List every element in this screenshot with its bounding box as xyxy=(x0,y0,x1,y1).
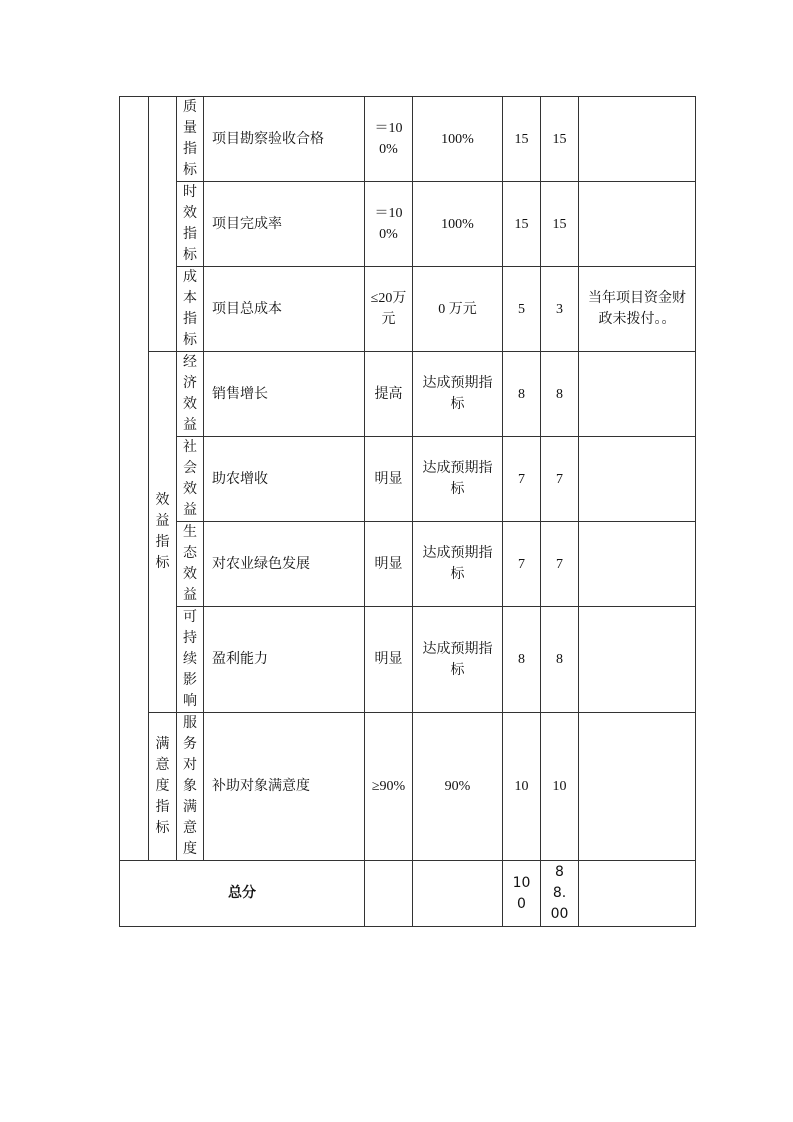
target-cell: 明显 xyxy=(365,607,413,713)
actual-cell: 100% xyxy=(413,97,503,182)
level3-cell: 服务对象满意度 xyxy=(177,713,204,861)
level3-cell: 质量指标 xyxy=(177,97,204,182)
actual-cell: 达成预期指标 xyxy=(413,352,503,437)
total-target-cell xyxy=(365,861,413,927)
table-row: 可持续影响 盈利能力 明显 达成预期指标 8 8 xyxy=(120,607,696,713)
weight-cell: 10 xyxy=(503,713,541,861)
score-cell: 8 xyxy=(541,607,579,713)
table-row: 时效指标 项目完成率 ＝100% 100% 15 15 xyxy=(120,182,696,267)
total-actual-cell xyxy=(413,861,503,927)
weight-cell: 7 xyxy=(503,437,541,522)
note-cell xyxy=(579,607,696,713)
note-cell xyxy=(579,182,696,267)
indicator-cell: 补助对象满意度 xyxy=(204,713,365,861)
score-cell: 7 xyxy=(541,522,579,607)
note-cell: 当年项目资金财政未拨付。。 xyxy=(579,267,696,352)
note-cell xyxy=(579,97,696,182)
target-cell: ＝100% xyxy=(365,97,413,182)
note-cell xyxy=(579,352,696,437)
weight-cell: 7 xyxy=(503,522,541,607)
level1-cell xyxy=(120,97,149,861)
target-cell: ≤20万元 xyxy=(365,267,413,352)
actual-cell: 90% xyxy=(413,713,503,861)
level2-cell: 满意度指标 xyxy=(149,713,177,861)
weight-cell: 8 xyxy=(503,607,541,713)
actual-cell: 达成预期指标 xyxy=(413,607,503,713)
indicator-cell: 项目完成率 xyxy=(204,182,365,267)
target-cell: ＝100% xyxy=(365,182,413,267)
score-cell: 3 xyxy=(541,267,579,352)
indicator-cell: 项目总成本 xyxy=(204,267,365,352)
level3-cell: 社会效益 xyxy=(177,437,204,522)
table-row: 成本指标 项目总成本 ≤20万元 0 万元 5 3 当年项目资金财政未拨付。。 xyxy=(120,267,696,352)
level3-cell: 成本指标 xyxy=(177,267,204,352)
table-row: 效益指标 经济效益 销售增长 提高 达成预期指标 8 8 xyxy=(120,352,696,437)
weight-cell: 15 xyxy=(503,182,541,267)
total-note-cell xyxy=(579,861,696,927)
indicator-cell: 项目勘察验收合格 xyxy=(204,97,365,182)
actual-cell: 100% xyxy=(413,182,503,267)
target-cell: 明显 xyxy=(365,522,413,607)
table-row: 生态效益 对农业绿色发展 明显 达成预期指标 7 7 xyxy=(120,522,696,607)
score-cell: 10 xyxy=(541,713,579,861)
note-cell xyxy=(579,522,696,607)
level3-cell: 经济效益 xyxy=(177,352,204,437)
table-row: 社会效益 助农增收 明显 达成预期指标 7 7 xyxy=(120,437,696,522)
note-cell xyxy=(579,437,696,522)
table-row: 满意度指标 服务对象满意度 补助对象满意度 ≥90% 90% 10 10 xyxy=(120,713,696,861)
total-row: 总分 100 88.00 xyxy=(120,861,696,927)
score-cell: 15 xyxy=(541,182,579,267)
level2-cell xyxy=(149,97,177,352)
actual-cell: 0 万元 xyxy=(413,267,503,352)
total-label: 总分 xyxy=(120,861,365,927)
target-cell: 提高 xyxy=(365,352,413,437)
indicator-cell: 盈利能力 xyxy=(204,607,365,713)
actual-cell: 达成预期指标 xyxy=(413,437,503,522)
performance-evaluation-table: 质量指标 项目勘察验收合格 ＝100% 100% 15 15 时效指标 项目完成… xyxy=(119,96,696,927)
level3-cell: 时效指标 xyxy=(177,182,204,267)
total-score-cell: 88.00 xyxy=(541,861,579,927)
indicator-cell: 销售增长 xyxy=(204,352,365,437)
weight-cell: 5 xyxy=(503,267,541,352)
level2-cell: 效益指标 xyxy=(149,352,177,713)
level3-cell: 生态效益 xyxy=(177,522,204,607)
table-row: 质量指标 项目勘察验收合格 ＝100% 100% 15 15 xyxy=(120,97,696,182)
actual-cell: 达成预期指标 xyxy=(413,522,503,607)
score-cell: 15 xyxy=(541,97,579,182)
note-cell xyxy=(579,713,696,861)
score-cell: 8 xyxy=(541,352,579,437)
indicator-cell: 助农增收 xyxy=(204,437,365,522)
target-cell: ≥90% xyxy=(365,713,413,861)
level3-cell: 可持续影响 xyxy=(177,607,204,713)
total-weight-cell: 100 xyxy=(503,861,541,927)
weight-cell: 15 xyxy=(503,97,541,182)
target-cell: 明显 xyxy=(365,437,413,522)
indicator-cell: 对农业绿色发展 xyxy=(204,522,365,607)
weight-cell: 8 xyxy=(503,352,541,437)
score-cell: 7 xyxy=(541,437,579,522)
